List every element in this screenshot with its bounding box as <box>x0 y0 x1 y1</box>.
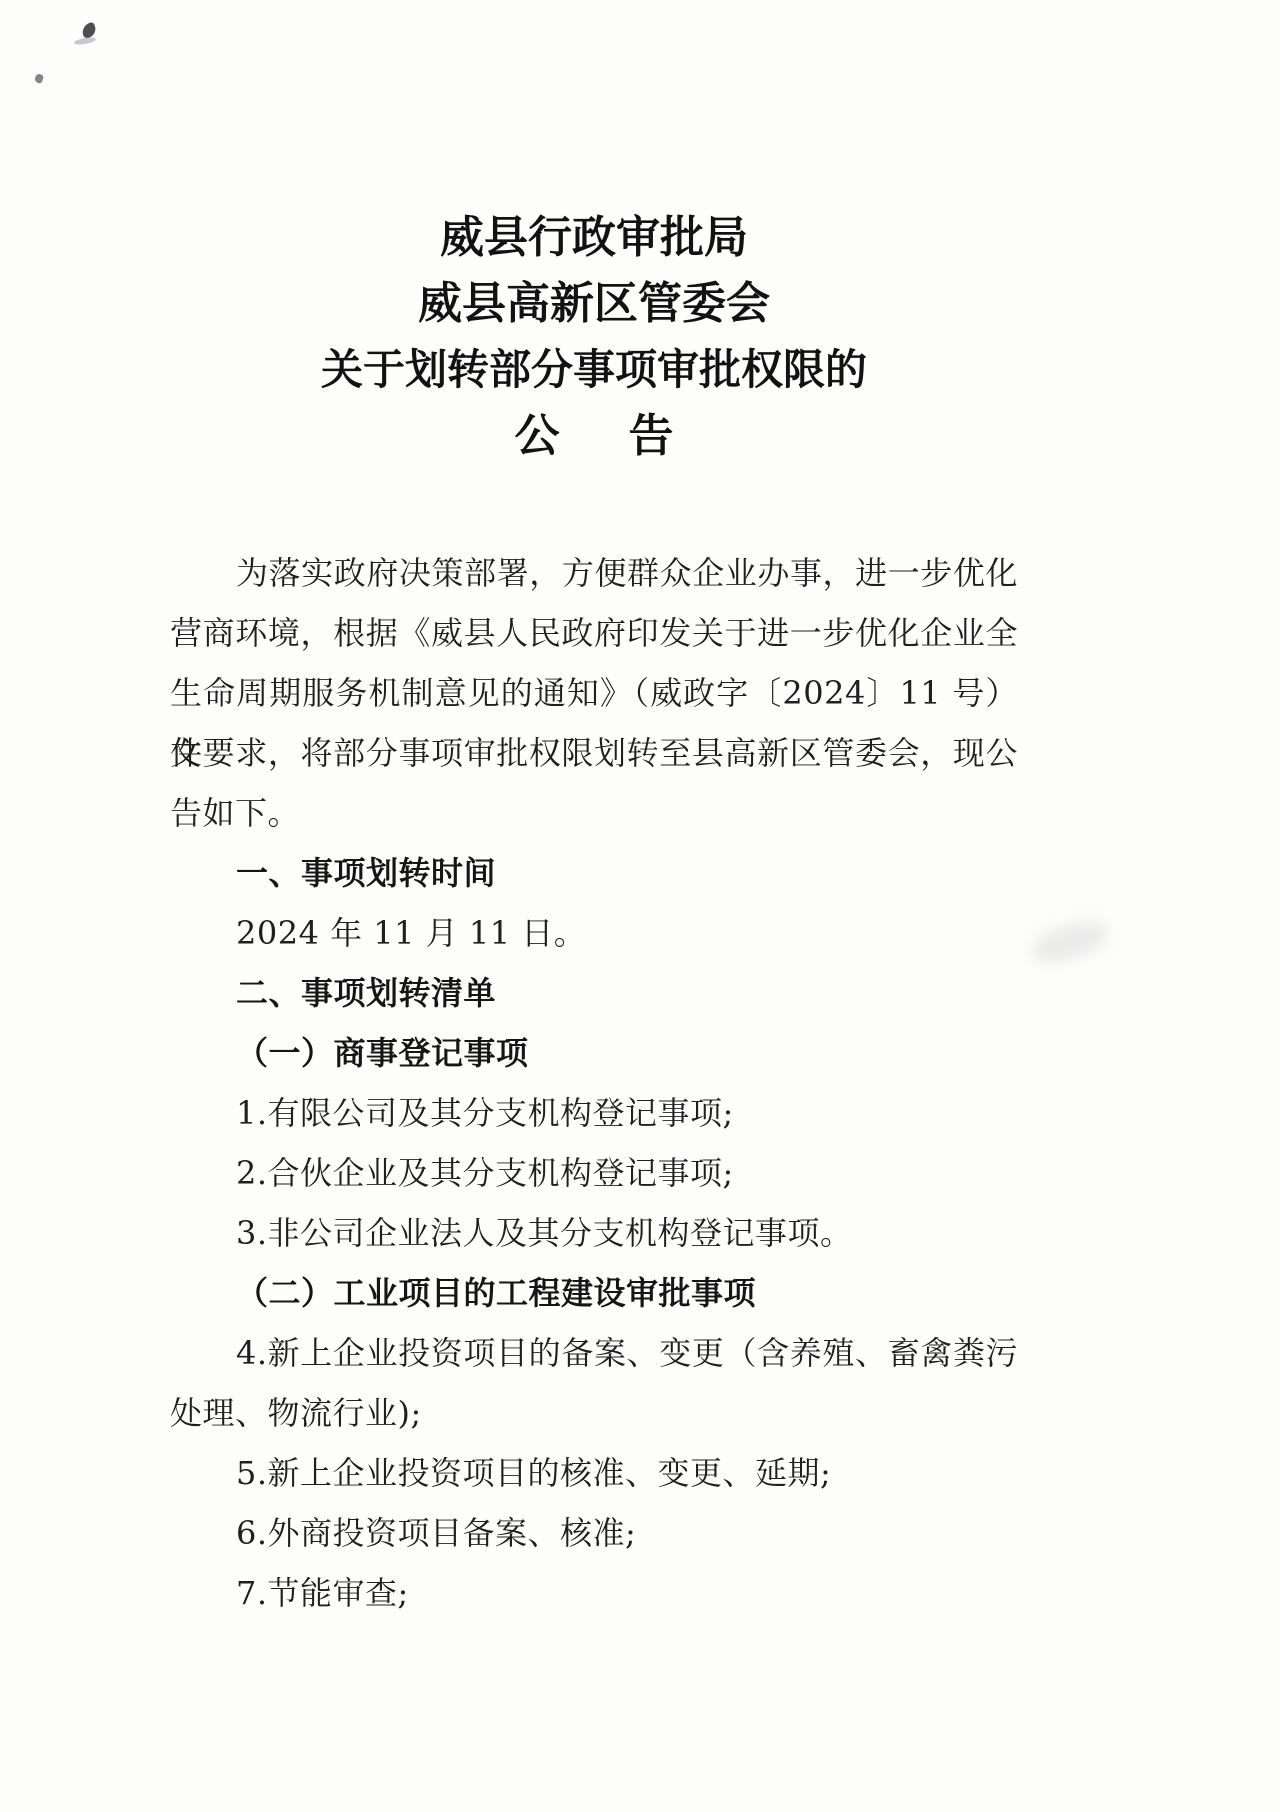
title-line-notice-type: 公 告 <box>170 403 1018 469</box>
paragraph-line-4: 件要求，将部分事项审批权限划转至县高新区管委会，现公 <box>170 723 1018 783</box>
list-item-2: 2.合伙企业及其分支机构登记事项; <box>170 1143 1018 1203</box>
title-line-agency-1: 威县行政审批局 <box>170 205 1018 271</box>
ink-speck-smear <box>74 36 97 46</box>
scan-smudge <box>1027 913 1114 970</box>
title-line-agency-2: 威县高新区管委会 <box>170 271 1018 337</box>
list-item-7: 7.节能审查; <box>170 1563 1018 1623</box>
paragraph-line-5: 告如下。 <box>170 783 1018 843</box>
list-item-4-line-2: 处理、物流行业); <box>170 1383 1018 1443</box>
list-item-1: 1.有限公司及其分支机构登记事项; <box>170 1083 1018 1143</box>
document-body: 为落实政府决策部署，方便群众企业办事，进一步优化 营商环境，根据《威县人民政府印… <box>170 543 1018 1623</box>
ink-speck <box>34 73 45 84</box>
subsection-heading-2: （二）工业项目的工程建设审批事项 <box>170 1263 1018 1323</box>
list-item-5: 5.新上企业投资项目的核准、变更、延期; <box>170 1443 1018 1503</box>
list-item-4-line-1: 4.新上企业投资项目的备案、变更（含养殖、畜禽粪污 <box>170 1323 1018 1383</box>
paragraph-line-3: 生命周期服务机制意见的通知》（威政字〔2024〕11 号）文 <box>170 663 1018 723</box>
section-heading-1: 一、事项划转时间 <box>170 843 1018 903</box>
section-heading-2: 二、事项划转清单 <box>170 963 1018 1023</box>
scanned-announcement-page: 威县行政审批局 威县高新区管委会 关于划转部分事项审批权限的 公 告 为落实政府… <box>0 0 1280 1812</box>
paragraph-line-2: 营商环境，根据《威县人民政府印发关于进一步优化企业全 <box>170 603 1018 663</box>
list-item-6: 6.外商投资项目备案、核准; <box>170 1503 1018 1563</box>
paragraph-line-1: 为落实政府决策部署，方便群众企业办事，进一步优化 <box>170 543 1018 603</box>
transfer-date: 2024 年 11 月 11 日。 <box>170 903 1018 963</box>
list-item-3: 3.非公司企业法人及其分支机构登记事项。 <box>170 1203 1018 1263</box>
subsection-heading-1: （一）商事登记事项 <box>170 1023 1018 1083</box>
title-line-subject: 关于划转部分事项审批权限的 <box>170 337 1018 403</box>
document-title: 威县行政审批局 威县高新区管委会 关于划转部分事项审批权限的 公 告 <box>170 205 1018 469</box>
